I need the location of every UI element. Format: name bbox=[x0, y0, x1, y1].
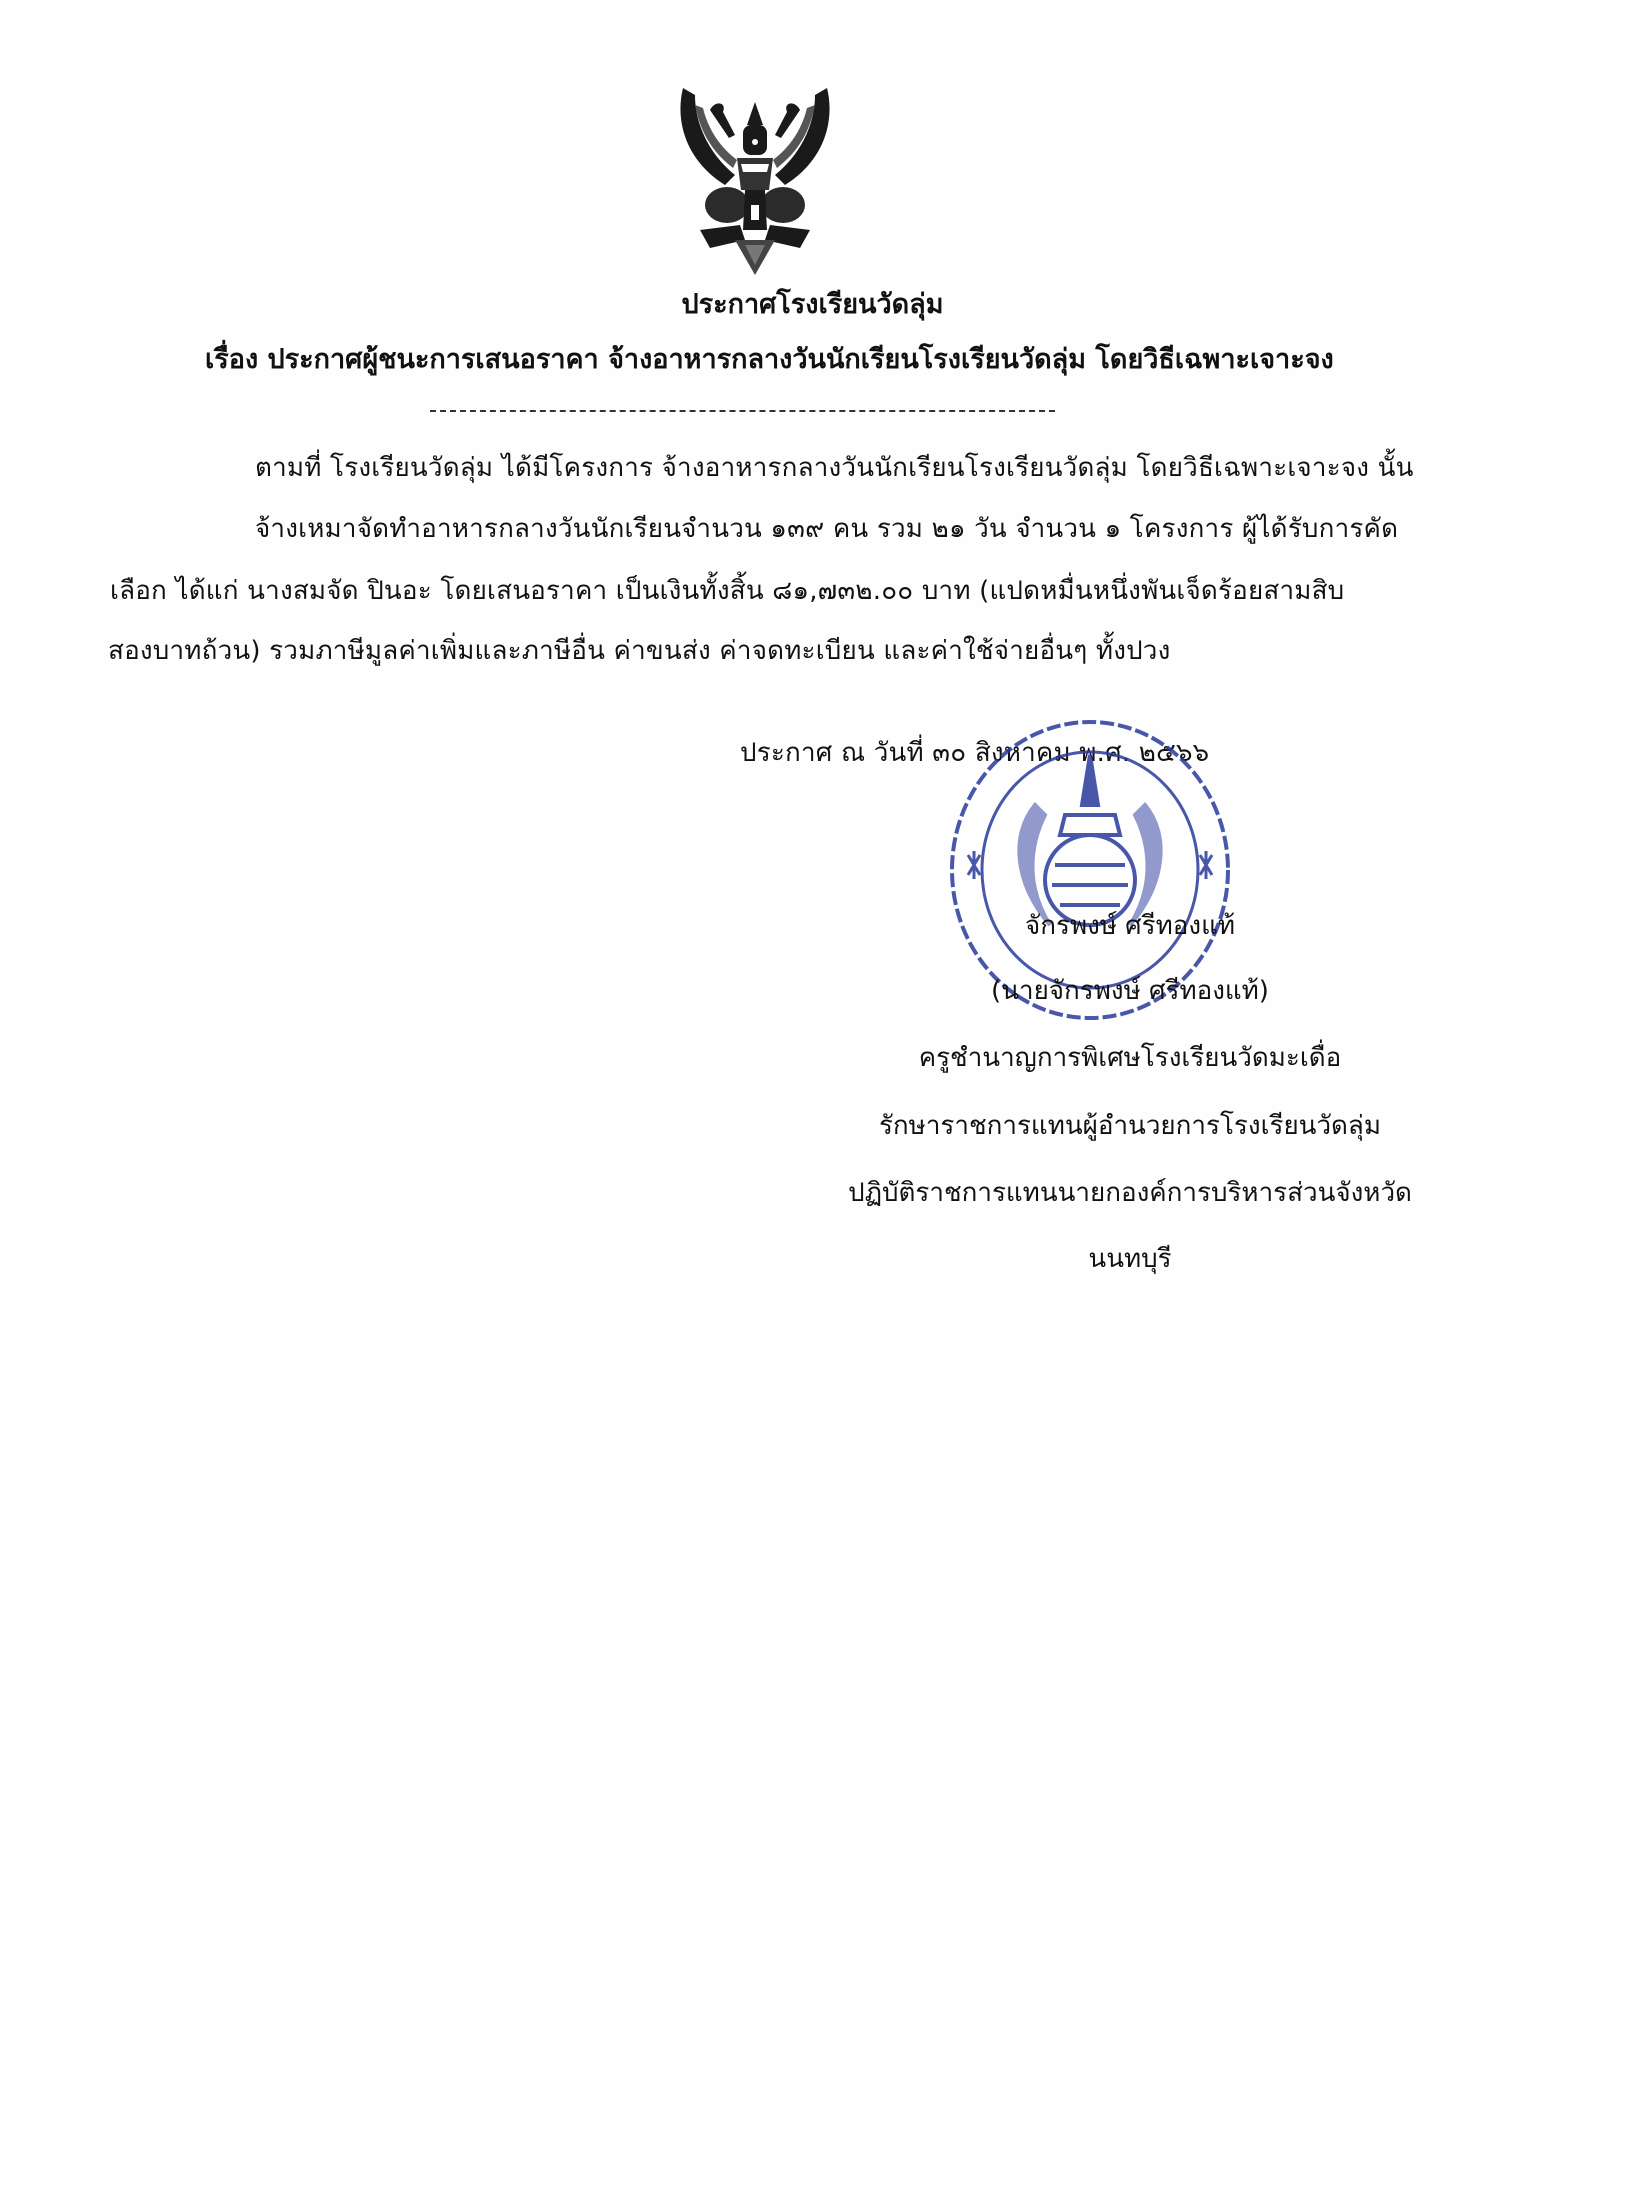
body-line-1: ตามที่ โรงเรียนวัดลุ่ม ได้มีโครงการ จ้าง… bbox=[255, 447, 1414, 488]
signatory-position-2: รักษาราชการแทนผู้อำนวยการโรงเรียนวัดลุ่ม bbox=[810, 1105, 1450, 1146]
title-separator bbox=[430, 410, 1055, 412]
header-title: ประกาศโรงเรียนวัดลุ่ม bbox=[0, 282, 1625, 325]
body-line-3: เลือก ได้แก่ นางสมจัด ปินอะ โดยเสนอราคา … bbox=[110, 570, 1344, 611]
garuda-emblem-icon bbox=[655, 80, 855, 280]
signatory-position-1: ครูชำนาญการพิเศษโรงเรียนวัดมะเดื่อ bbox=[810, 1037, 1450, 1078]
signatory-position-3: ปฏิบัติราชการแทนนายกองค์การบริหารส่วนจัง… bbox=[810, 1172, 1450, 1213]
signatory-full-name: (นายจักรพงษ์ ศรีทองแท้) bbox=[810, 970, 1450, 1011]
subject-line: เรื่อง ประกาศผู้ชนะการเสนอราคา จ้างอาหาร… bbox=[205, 337, 1334, 380]
body-line-2: จ้างเหมาจัดทำอาหารกลางวันนักเรียนจำนวน ๑… bbox=[255, 508, 1398, 549]
signature-name: จักรพงษ์ ศรีทองแท้ bbox=[810, 905, 1450, 946]
body-line-4: สองบาทถ้วน) รวมภาษีมูลค่าเพิ่มและภาษีอื่… bbox=[108, 630, 1171, 671]
signatory-position-4: นนทบุรี bbox=[810, 1238, 1450, 1279]
